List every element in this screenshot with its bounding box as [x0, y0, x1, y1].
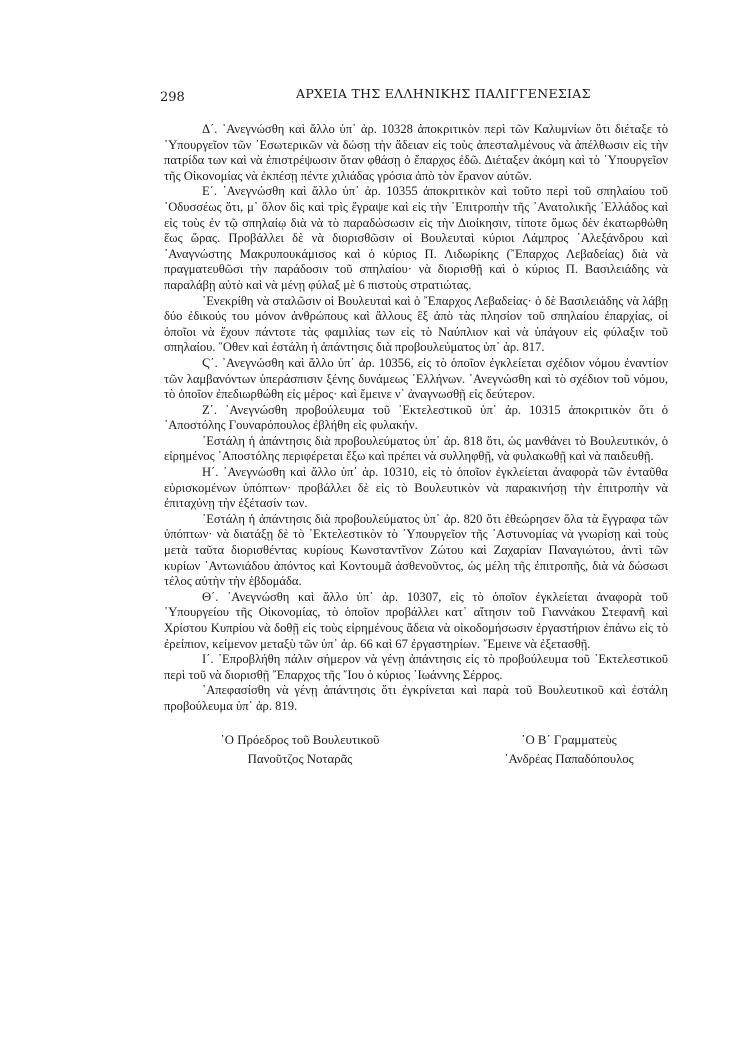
paragraph-eta-reply: ᾿Εστάλη ἡ ἀπάντησις διὰ προβουλεύματος ὑ… [164, 512, 668, 590]
document-page: 298 ΑΡΧΕΙΑ ΤΗΣ ΕΛΛΗΝΙΚΗΣ ΠΑΛΙΓΓΕΝΕΣΙΑΣ Δ… [164, 86, 668, 775]
document-body: Δ΄. ᾿Ανεγνώσθη καὶ ἄλλο ὑπ᾿ ἀρ. 10328 ἀπ… [164, 122, 668, 715]
page-number: 298 [160, 90, 185, 105]
paragraph-zeta-reply: ᾿Εστάλη ἡ ἀπάντησις διὰ προβουλεύματος ὑ… [164, 434, 668, 465]
paragraph-iota-decision: ᾿Απεφασίσθη νὰ γένῃ ἀπάντησις ὅτι ἐγκρίν… [164, 683, 668, 714]
paragraph-epsilon: Ε΄. ᾿Ανεγνώσθη καὶ ἄλλο ὑπ᾿ ἀρ. 10355 ἀπ… [164, 184, 668, 293]
paragraph-theta: Θ΄. ᾿Ανεγνώσθη καὶ ἄλλο ὑπ᾿ ἀρ. 10307, ε… [164, 590, 668, 652]
signature-name: ᾿Ανδρέας Παπαδόπουλος [464, 750, 674, 769]
paragraph-epsilon-decision: ᾿Ενεκρίθη νὰ σταλῶσιν οἱ Βουλευταὶ καὶ ὁ… [164, 294, 668, 356]
signature-role: ῾Ο Β΄ Γραμματεὺς [464, 731, 674, 750]
running-header: 298 ΑΡΧΕΙΑ ΤΗΣ ΕΛΛΗΝΙΚΗΣ ΠΑΛΙΓΓΕΝΕΣΙΑΣ [164, 86, 668, 108]
paragraph-iota: Ι΄. ᾿Επροβλήθη πάλιν σήμερον νὰ γένῃ ἀπά… [164, 652, 668, 683]
signature-name: Πανοῦτζος Νοταρᾶς [180, 750, 420, 769]
running-title: ΑΡΧΕΙΑ ΤΗΣ ΕΛΛΗΝΙΚΗΣ ΠΑΛΙΓΓΕΝΕΣΙΑΣ [296, 86, 591, 101]
signature-president: ῾Ο Πρόεδρος τοῦ Βουλευτικοῦ Πανοῦτζος Νο… [180, 731, 420, 769]
signature-role: ῾Ο Πρόεδρος τοῦ Βουλευτικοῦ [180, 731, 420, 750]
paragraph-eta: Η΄. ᾿Ανεγνώσθη καὶ ἄλλο ὑπ᾿ ἀρ. 10310, ε… [164, 465, 668, 512]
signature-secretary: ῾Ο Β΄ Γραμματεὺς ᾿Ανδρέας Παπαδόπουλος [464, 731, 674, 769]
signature-block: ῾Ο Πρόεδρος τοῦ Βουλευτικοῦ Πανοῦτζος Νο… [164, 731, 668, 775]
paragraph-delta: Δ΄. ᾿Ανεγνώσθη καὶ ἄλλο ὑπ᾿ ἀρ. 10328 ἀπ… [164, 122, 668, 184]
paragraph-stigma: Ϛ΄. ᾿Ανεγνώσθη καὶ ἄλλο ὑπ᾿ ἀρ. 10356, ε… [164, 356, 668, 403]
paragraph-zeta: Ζ΄. ᾿Ανεγνώσθη προβούλευμα τοῦ ᾿Εκτελεστ… [164, 403, 668, 434]
